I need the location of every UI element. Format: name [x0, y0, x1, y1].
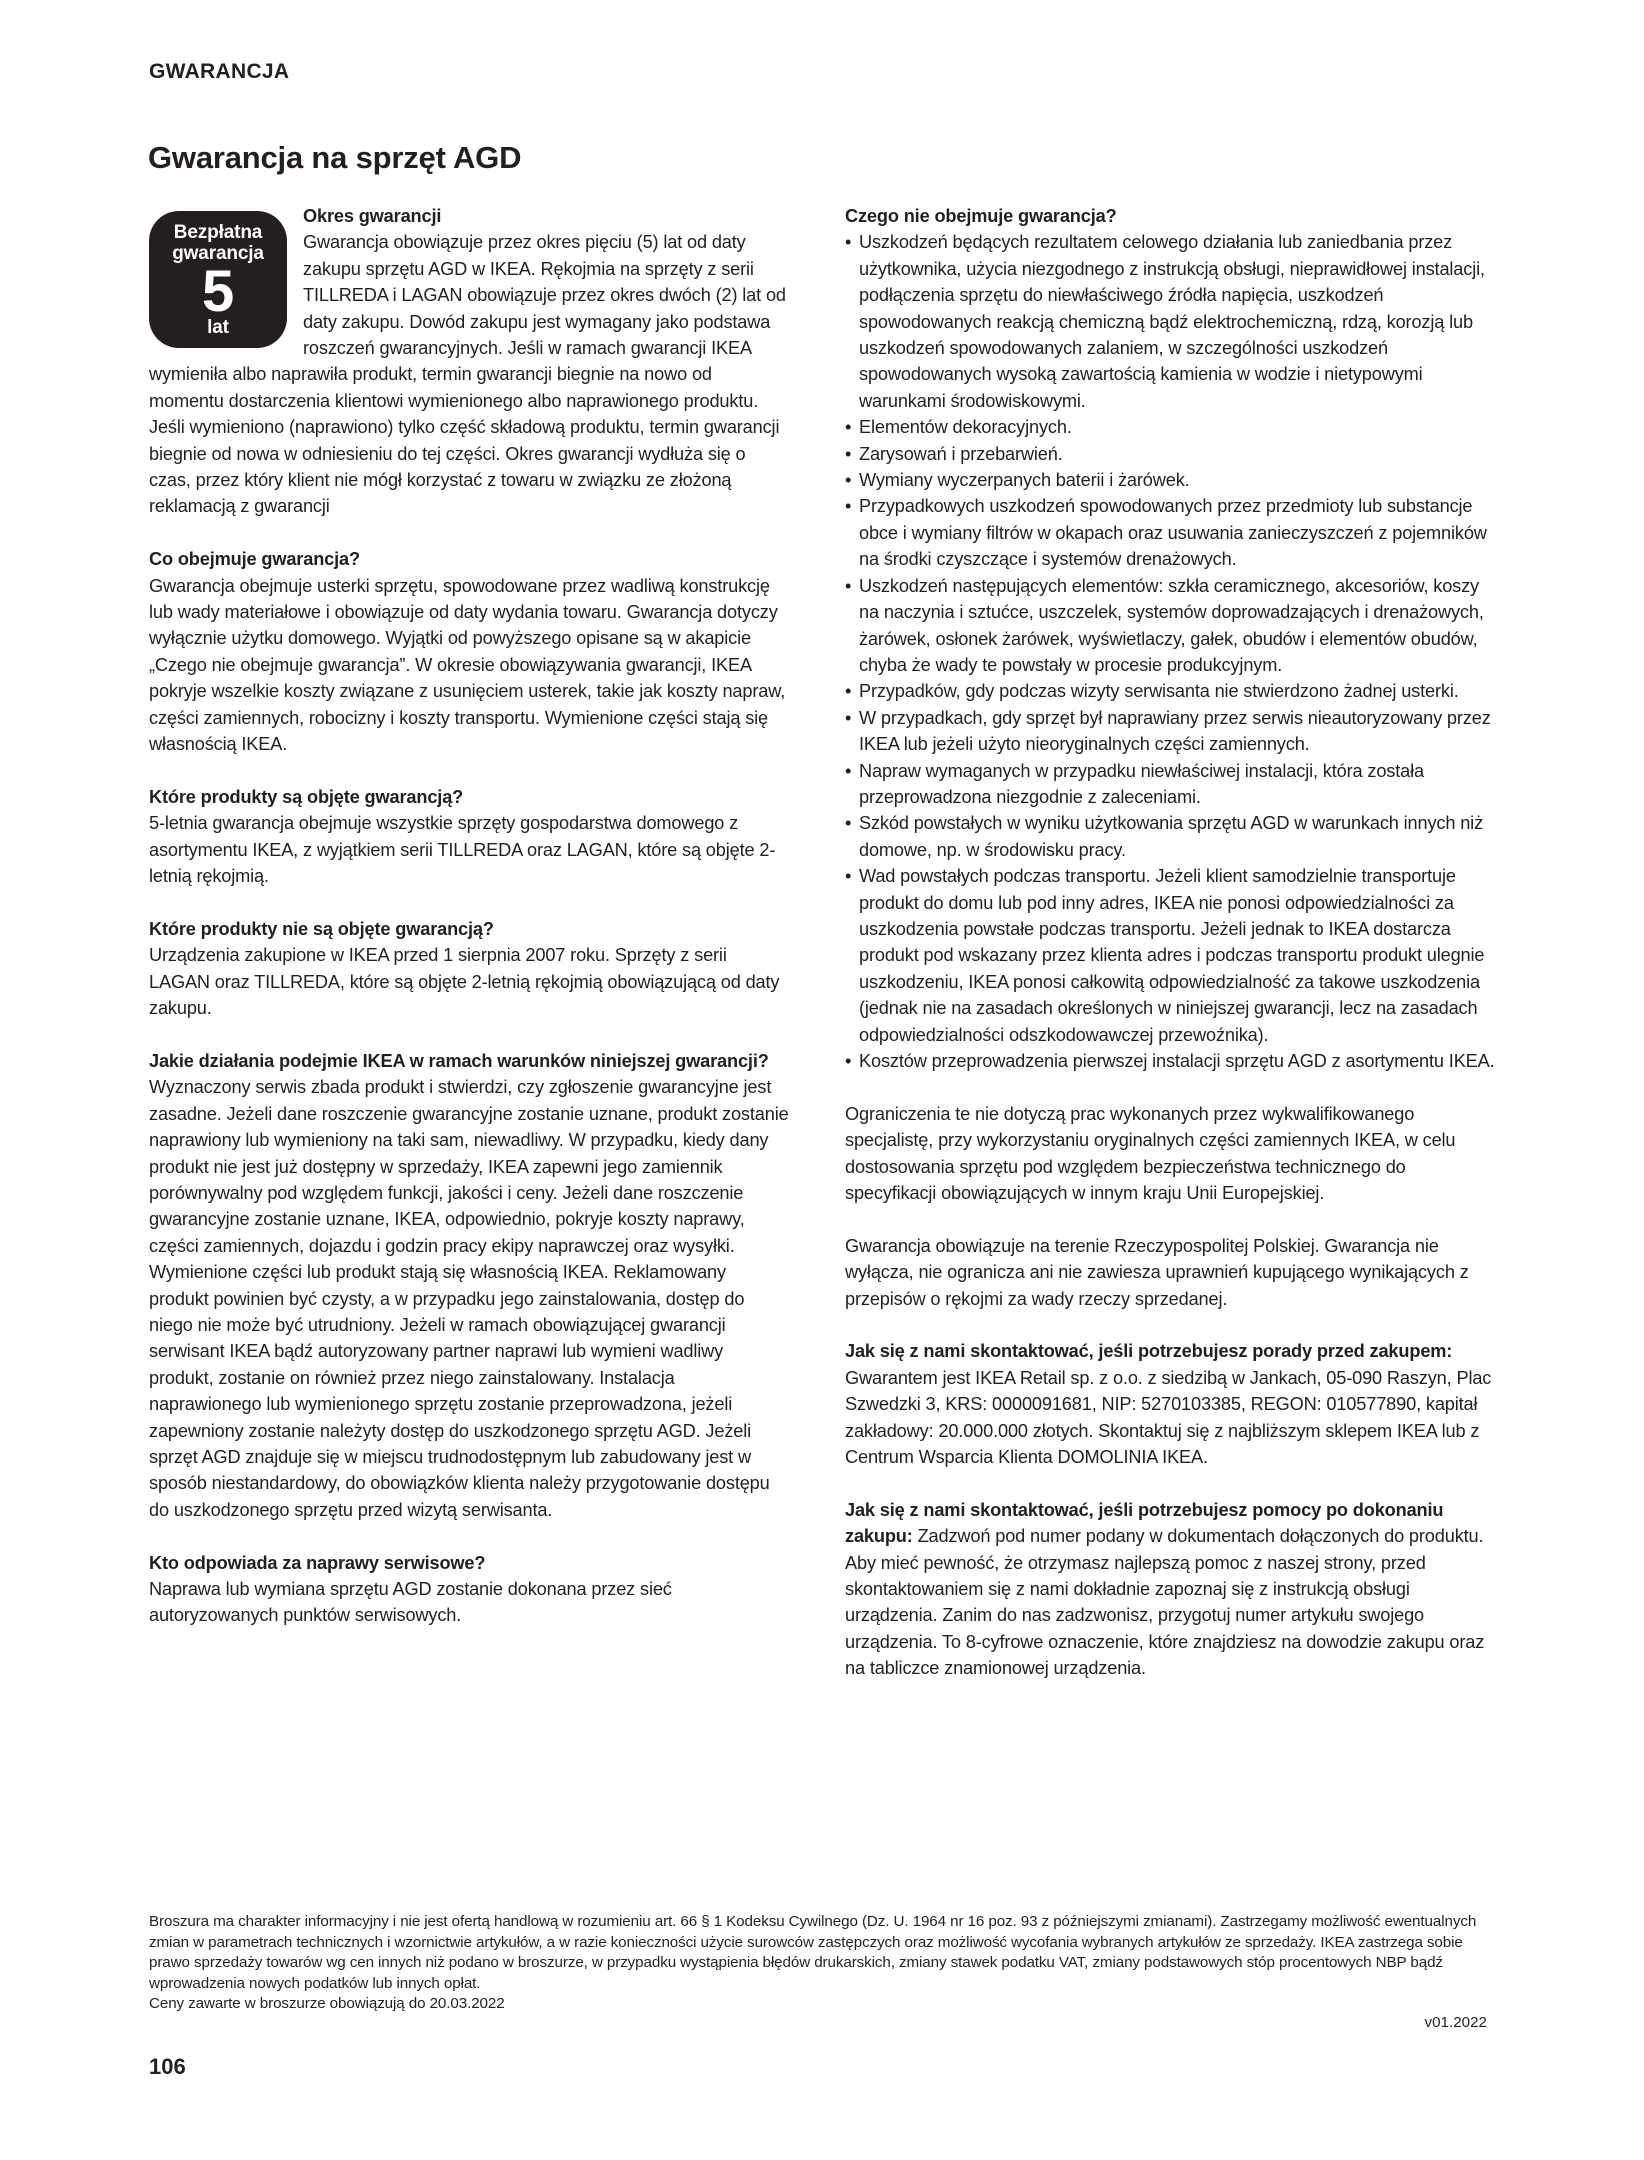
- list-item: •Uszkodzeń następujących elementów: szkł…: [845, 573, 1495, 679]
- badge-unit: lat: [207, 318, 229, 338]
- disclaimer-text: Broszura ma charakter informacyjny i nie…: [149, 1912, 1489, 1994]
- service-repairs-heading: Kto odpowiada za naprawy serwisowe?: [149, 1550, 789, 1576]
- bullet-icon: •: [845, 467, 851, 493]
- footer-disclaimer: Broszura ma charakter informacyjny i nie…: [149, 1912, 1489, 2015]
- service-repairs-text: Naprawa lub wymiana sprzętu AGD zostanie…: [149, 1576, 789, 1629]
- contact-before-purchase-text: Gwarantem jest IKEA Retail sp. z o.o. z …: [845, 1368, 1491, 1467]
- coverage-text: Gwarancja obejmuje usterki sprzętu, spow…: [149, 573, 789, 758]
- exclusions-list: •Uszkodzeń będących rezultatem celowego …: [845, 229, 1495, 1074]
- list-item: •Elementów dekoracyjnych.: [845, 414, 1495, 440]
- right-column: Czego nie obejmuje gwarancja? •Uszkodzeń…: [845, 203, 1495, 1708]
- exclusions-heading: Czego nie obejmuje gwarancja?: [845, 203, 1495, 229]
- ikea-actions-heading: Jakie działania podejmie IKEA w ramach w…: [149, 1051, 769, 1071]
- list-item: •Uszkodzeń będących rezultatem celowego …: [845, 229, 1495, 414]
- bullet-icon: •: [845, 414, 851, 440]
- section-label: GWARANCJA: [149, 60, 289, 84]
- covered-products-section: Które produkty są objęte gwarancją? 5-le…: [149, 784, 789, 890]
- bullet-icon: •: [845, 1048, 851, 1074]
- bullet-icon: •: [845, 678, 851, 704]
- bullet-icon: •: [845, 573, 851, 599]
- list-item: •Wad powstałych podczas transportu. Jeże…: [845, 863, 1495, 1048]
- bullet-icon: •: [845, 863, 851, 889]
- page-title: Gwarancja na sprzęt AGD: [148, 140, 521, 176]
- service-repairs-section: Kto odpowiada za naprawy serwisowe? Napr…: [149, 1550, 789, 1629]
- page-number: 106: [149, 2054, 186, 2080]
- version-label: v01.2022: [1425, 2014, 1488, 2031]
- territory-section: Gwarancja obowiązuje na terenie Rzeczypo…: [845, 1233, 1495, 1312]
- excluded-products-heading: Które produkty nie są objęte gwarancją?: [149, 916, 789, 942]
- contact-before-purchase-heading: Jak się z nami skontaktować, jeśli potrz…: [845, 1341, 1452, 1361]
- list-item: •Kosztów przeprowadzenia pierwszej insta…: [845, 1048, 1495, 1074]
- bullet-icon: •: [845, 493, 851, 519]
- excluded-products-section: Które produkty nie są objęte gwarancją? …: [149, 916, 789, 1022]
- bullet-icon: •: [845, 229, 851, 255]
- excluded-products-text: Urządzenia zakupione w IKEA przed 1 sier…: [149, 942, 789, 1021]
- contact-after-purchase-text: Zadzwoń pod numer podany w dokumentach d…: [845, 1526, 1484, 1678]
- list-item: •Napraw wymaganych w przypadku niewłaści…: [845, 758, 1495, 811]
- list-item: •Przypadkowych uszkodzeń spowodowanych p…: [845, 493, 1495, 572]
- bullet-icon: •: [845, 705, 851, 731]
- list-item: •Zarysowań i przebarwień.: [845, 441, 1495, 467]
- contact-before-purchase-section: Jak się z nami skontaktować, jeśli potrz…: [845, 1338, 1495, 1470]
- covered-products-heading: Które produkty są objęte gwarancją?: [149, 784, 789, 810]
- ikea-actions-text: Wyznaczony serwis zbada produkt i stwier…: [149, 1077, 789, 1520]
- badge-line1: Bezpłatna: [174, 222, 262, 243]
- limitations-text: Ograniczenia te nie dotyczą prac wykonan…: [845, 1101, 1495, 1207]
- list-item: •Szkód powstałych w wyniku użytkowania s…: [845, 810, 1495, 863]
- prices-valid-text: Ceny zawarte w broszurze obowiązują do 2…: [149, 1994, 1489, 2015]
- coverage-section: Co obejmuje gwarancja? Gwarancja obejmuj…: [149, 546, 789, 757]
- covered-products-text: 5-letnia gwarancja obejmuje wszystkie sp…: [149, 810, 789, 889]
- territory-text: Gwarancja obowiązuje na terenie Rzeczypo…: [845, 1233, 1495, 1312]
- free-warranty-5-years-badge: Bezpłatna gwarancja 5 lat: [149, 211, 287, 348]
- warranty-period-section: Bezpłatna gwarancja 5 lat Okres gwarancj…: [149, 203, 789, 520]
- ikea-actions-section: Jakie działania podejmie IKEA w ramach w…: [149, 1048, 789, 1523]
- contact-after-purchase-section: Jak się z nami skontaktować, jeśli potrz…: [845, 1497, 1495, 1682]
- bullet-icon: •: [845, 758, 851, 784]
- bullet-icon: •: [845, 441, 851, 467]
- bullet-icon: •: [845, 810, 851, 836]
- left-column: Bezpłatna gwarancja 5 lat Okres gwarancj…: [149, 203, 789, 1655]
- list-item: •W przypadkach, gdy sprzęt był naprawian…: [845, 705, 1495, 758]
- list-item: •Przypadków, gdy podczas wizyty serwisan…: [845, 678, 1495, 704]
- list-item: •Wymiany wyczerpanych baterii i żarówek.: [845, 467, 1495, 493]
- exclusions-section: Czego nie obejmuje gwarancja? •Uszkodzeń…: [845, 203, 1495, 1074]
- badge-number: 5: [202, 266, 234, 318]
- limitations-section: Ograniczenia te nie dotyczą prac wykonan…: [845, 1101, 1495, 1207]
- coverage-heading: Co obejmuje gwarancja?: [149, 546, 789, 572]
